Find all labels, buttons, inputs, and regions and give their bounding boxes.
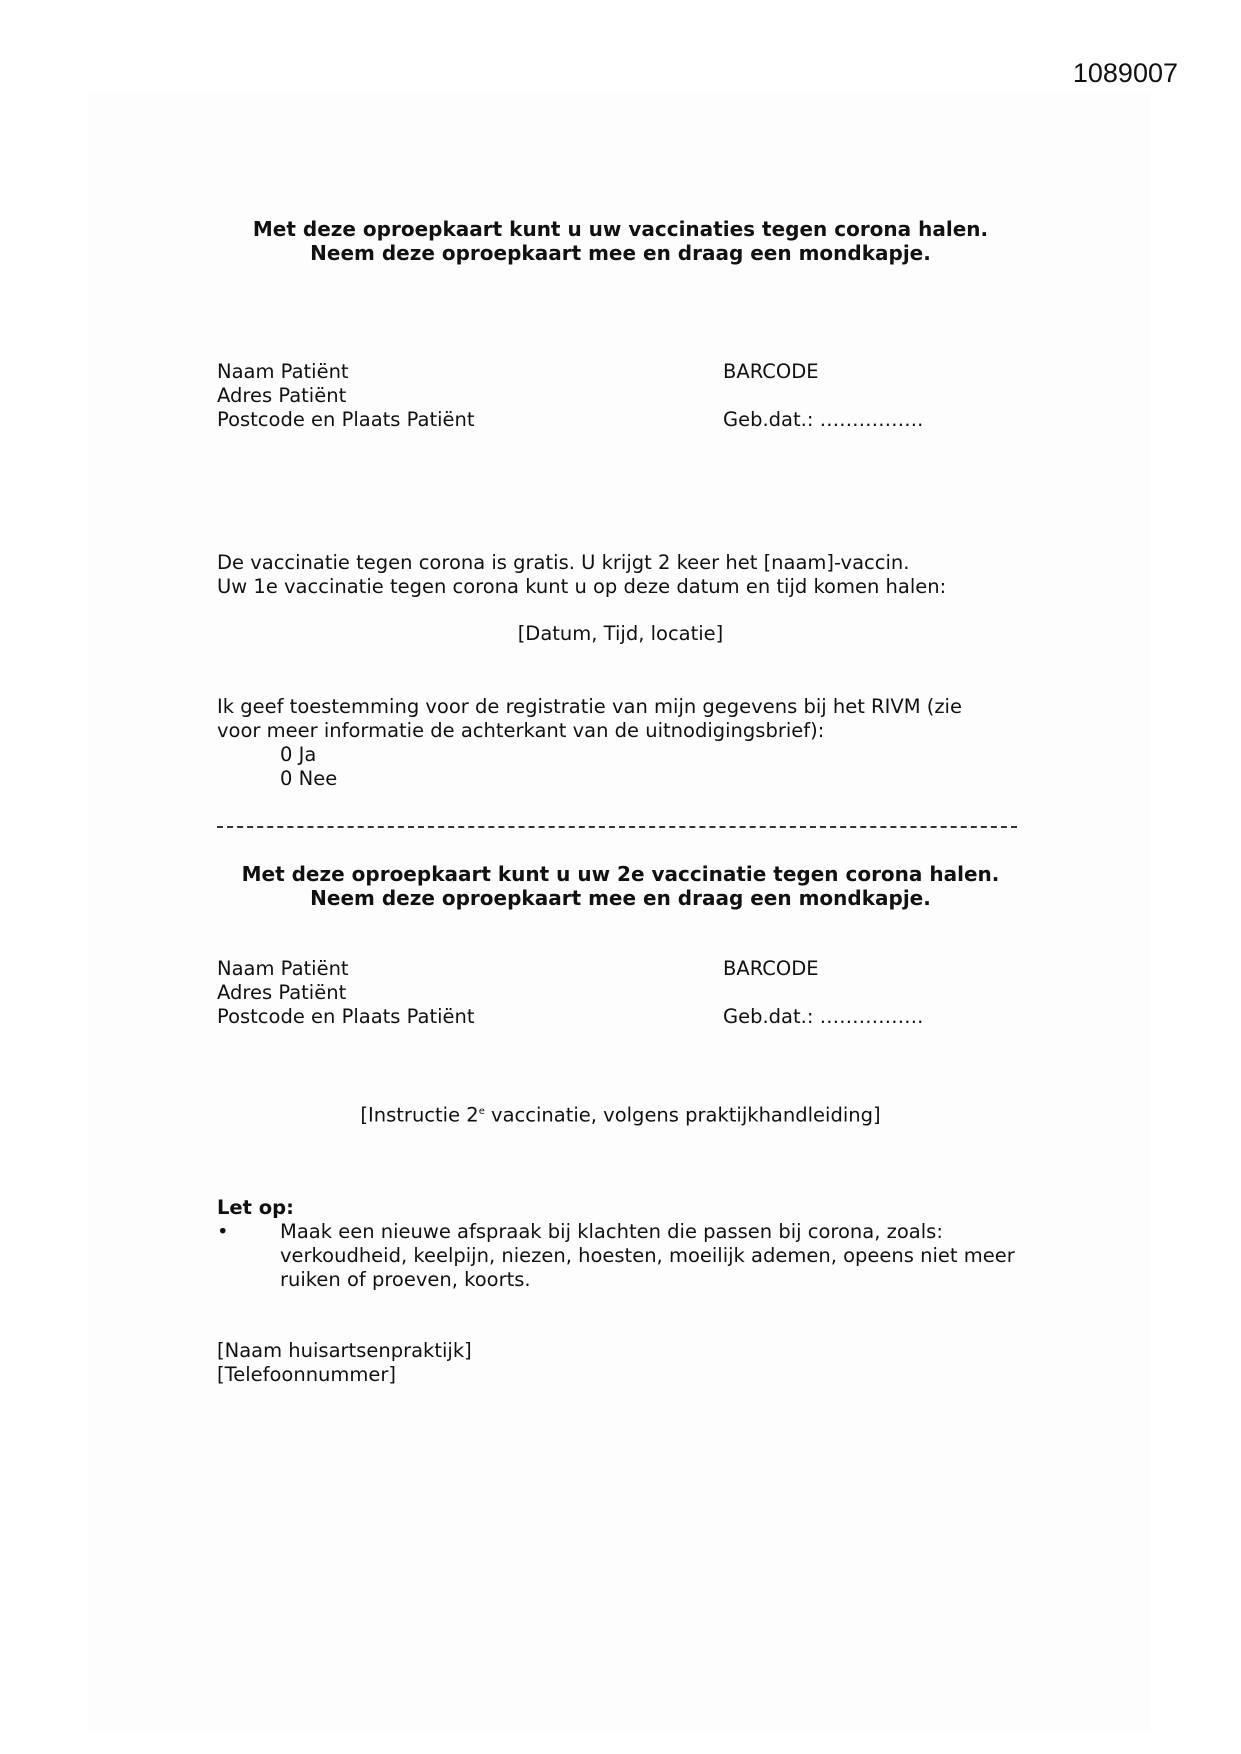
card1-patient-postcode: Postcode en Plaats Patiënt	[217, 408, 475, 432]
card2-dob: Geb.dat.: …………….	[723, 1005, 923, 1029]
card1-info-line-1: De vaccinatie tegen corona is gratis. U …	[217, 551, 909, 575]
note-heading: Let op:	[217, 1196, 294, 1220]
consent-option-yes: 0 Ja	[280, 743, 316, 767]
card2-patient-postcode: Postcode en Plaats Patiënt	[217, 1005, 475, 1029]
card1-title-line-2: Neem deze oproepkaart mee en draag een m…	[0, 241, 1241, 265]
consent-option-no: 0 Nee	[280, 767, 337, 791]
card1-patient-address: Adres Patiënt	[217, 384, 346, 408]
note-line-2: verkoudheid, keelpijn, niezen, hoesten, …	[280, 1244, 1015, 1268]
card2-title-line-1: Met deze oproepkaart kunt u uw 2e vaccin…	[0, 862, 1241, 886]
card2-patient-name: Naam Patiënt	[217, 957, 349, 981]
document-id: 1089007	[1073, 58, 1178, 89]
card1-consent-line-2: voor meer informatie de achterkant van d…	[217, 719, 824, 743]
practice-phone: [Telefoonnummer]	[217, 1363, 396, 1387]
card2-title-line-2: Neem deze oproepkaart mee en draag een m…	[0, 886, 1241, 910]
note-line-3: ruiken of proeven, koorts.	[280, 1268, 531, 1292]
card2-instruction: [Instructie 2e vaccinatie, volgens prakt…	[0, 1100, 1241, 1128]
card1-dob: Geb.dat.: …………….	[723, 408, 923, 432]
cut-line-divider	[217, 826, 1017, 828]
card1-appointment: [Datum, Tijd, locatie]	[0, 622, 1241, 646]
card1-consent-line-1: Ik geef toestemming voor de registratie …	[217, 695, 962, 719]
card2-patient-address: Adres Patiënt	[217, 981, 346, 1005]
card2-barcode: BARCODE	[723, 957, 819, 981]
note-line-1: Maak een nieuwe afspraak bij klachten di…	[280, 1220, 943, 1244]
card1-title-line-1: Met deze oproepkaart kunt u uw vaccinati…	[0, 217, 1241, 241]
practice-name: [Naam huisartsenpraktijk]	[217, 1339, 472, 1363]
card1-patient-name: Naam Patiënt	[217, 360, 349, 384]
card1-info-line-2: Uw 1e vaccinatie tegen corona kunt u op …	[217, 575, 946, 599]
document-page	[88, 92, 1150, 1732]
card1-barcode: BARCODE	[723, 360, 819, 384]
bullet-icon: •	[217, 1220, 229, 1243]
